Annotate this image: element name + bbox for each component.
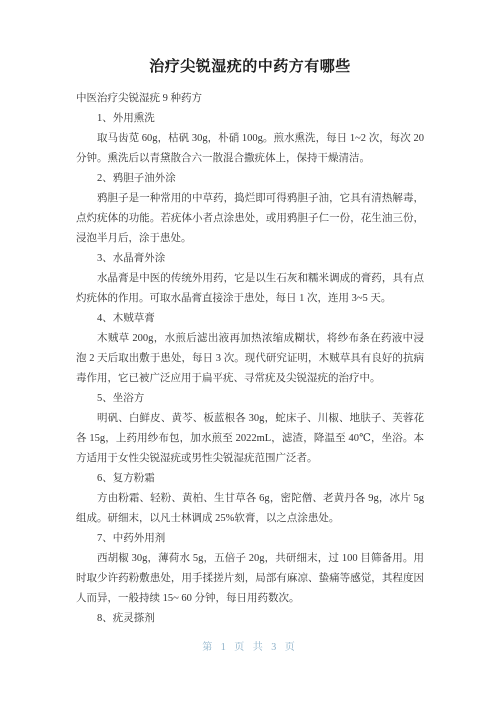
intro-line: 中医治疗尖锐湿疣 9 种药方 [76,89,424,109]
section-paragraph: 水晶膏是中医的传统外用药，它是以生石灰和糯米调成的膏药，具有点灼疣体的作用。可取… [76,269,424,309]
page-title: 治疗尖锐湿疣的中药方有哪些 [76,56,424,78]
section-heading: 1、外用熏洗 [76,109,424,129]
section-heading: 6、复方粉霜 [76,469,424,489]
section-heading: 3、水晶膏外涂 [76,249,424,269]
section-paragraph: 取马齿苋 60g，枯矾 30g，朴硝 100g。煎水熏洗，每日 1~2 次，每次… [76,129,424,169]
section-heading: 5、坐浴方 [76,389,424,409]
section-heading: 4、木贼草膏 [76,309,424,329]
section-heading: 7、中药外用剂 [76,529,424,549]
section-paragraph: 木贼草 200g，水煎后滤出液再加热浓缩成糊状，将纱布条在药液中浸泡 2 天后取… [76,329,424,389]
section-heading: 2、鸦胆子油外涂 [76,169,424,189]
document-page: 治疗尖锐湿疣的中药方有哪些 中医治疗尖锐湿疣 9 种药方 1、外用熏洗 取马齿苋… [0,0,500,707]
page-footer: 第 1 页 共 3 页 [76,641,424,655]
section-paragraph: 西胡椒 30g，薄荷水 5g，五倍子 20g，共研细末，过 100 目筛备用。用… [76,549,424,609]
section-paragraph: 鸦胆子是一种常用的中草药，捣烂即可得鸦胆子油，它具有清热解毒，点灼疣体的功能。若… [76,189,424,249]
sections-container: 1、外用熏洗 取马齿苋 60g，枯矾 30g，朴硝 100g。煎水熏洗，每日 1… [76,109,424,629]
section-paragraph: 方由粉霜、轻粉、黄柏、生甘草各 6g，密陀僧、老黄丹各 9g，冰片 5g 组成。… [76,489,424,529]
section-heading: 8、疣灵搽剂 [76,609,424,629]
page-number-text: 第 1 页 共 3 页 [202,642,298,653]
section-paragraph: 明矾、白鲜皮、黄芩、板蓝根各 30g，蛇床子、川椒、地肤子、芙蓉花各 15g，上… [76,409,424,469]
